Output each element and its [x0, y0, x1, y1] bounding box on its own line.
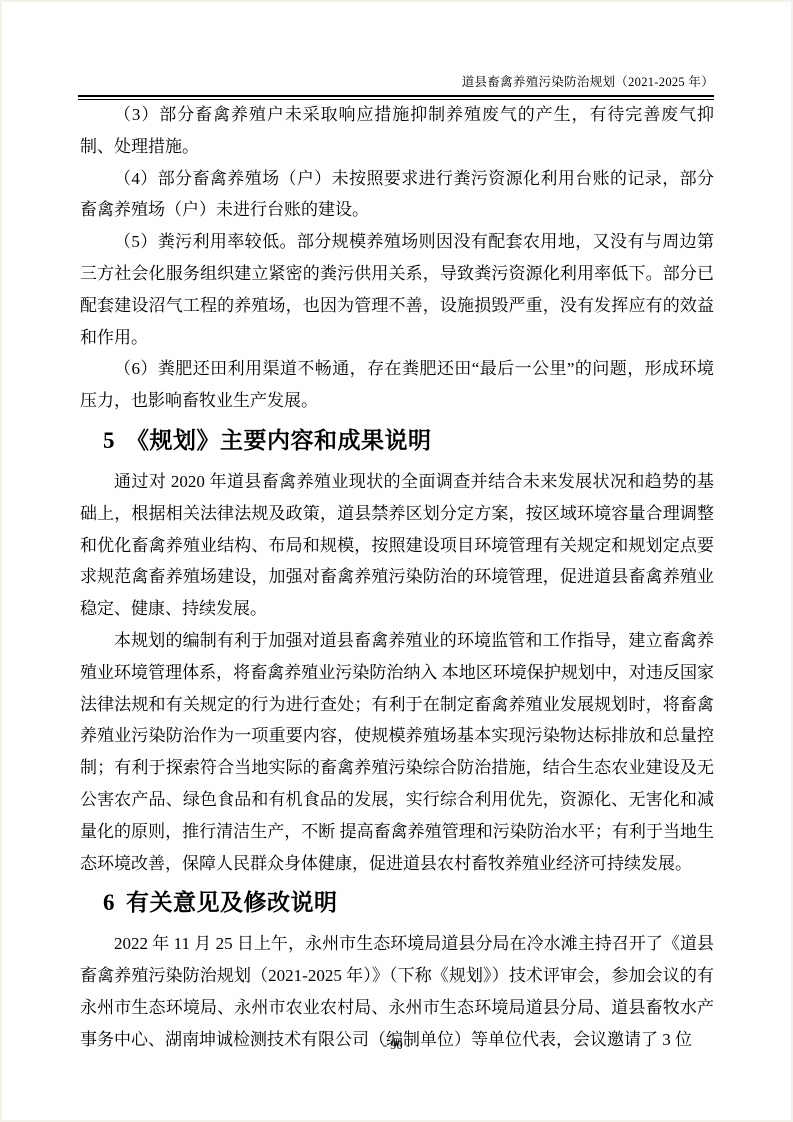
section-5-number: 5	[103, 428, 115, 453]
page-footer: - 90 -	[0, 1037, 793, 1053]
section-5-paragraph-1: 通过对 2020 年道县畜禽养殖业现状的全面调查并结合未来发展状况和趋势的基础上…	[80, 466, 714, 625]
page-header: 道县畜禽养殖污染防治规划（2021-2025 年）	[78, 0, 714, 100]
paragraph-item-6: （6）粪肥还田利用渠道不畅通，存在粪肥还田“最后一公里”的问题，形成环境压力，也…	[80, 353, 714, 417]
section-5-paragraph-2: 本规划的编制有利于加强对道县畜禽养殖业的环境监管和工作指导，建立畜禽养殖业环境管…	[80, 625, 714, 879]
paragraph-item-3: （3）部分畜禽养殖户未采取响应措施抑制养殖废气的产生，有待完善废气抑制、处理措施…	[80, 99, 714, 163]
page-number: - 90 -	[383, 1038, 410, 1052]
header-title: 道县畜禽养殖污染防治规划（2021-2025 年）	[78, 0, 714, 95]
section-5-title: 《规划》主要内容和成果说明	[126, 427, 432, 453]
document-body: （3）部分畜禽养殖户未采取响应措施抑制养殖废气的产生，有待完善废气抑制、处理措施…	[80, 99, 714, 1056]
paragraph-item-4: （4）部分畜禽养殖场（户）未按照要求进行粪污资源化利用台账的记录，部分畜禽养殖场…	[80, 163, 714, 227]
section-6-title: 有关意见及修改说明	[126, 889, 338, 915]
section-5-heading: 5《规划》主要内容和成果说明	[80, 423, 714, 458]
section-6-heading: 6有关意见及修改说明	[80, 885, 714, 920]
paragraph-item-5: （5）粪污利用率较低。部分规模养殖场则因没有配套农用地，又没有与周边第三方社会化…	[80, 226, 714, 353]
document-page: 道县畜禽养殖污染防治规划（2021-2025 年） （3）部分畜禽养殖户未采取响…	[0, 0, 793, 1122]
section-6-number: 6	[103, 890, 115, 915]
